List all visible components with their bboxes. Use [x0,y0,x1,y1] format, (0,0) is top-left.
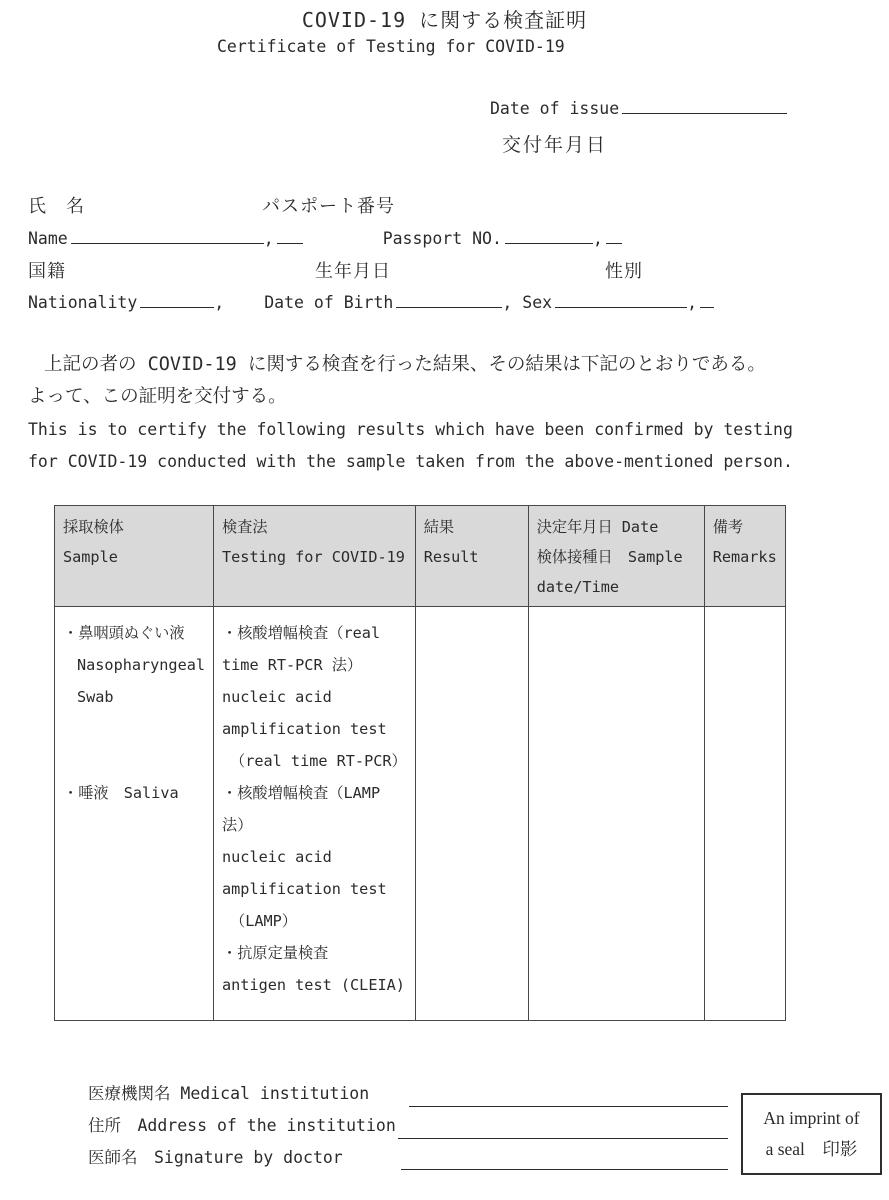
header-line: 検査法 [222,512,407,542]
date-of-issue-row: Date of issue [490,97,787,118]
comma: , [502,293,512,312]
sex-label-en: Sex [522,293,552,312]
nationality-birth-sex-entry-row: Nationality,Date of Birth,Sex, [28,291,714,312]
name-blank-line-2 [277,227,303,244]
medical-institution-blank-line [409,1106,728,1107]
header-line: 結果 [424,512,520,542]
table-header-row: 採取検体 Sample 検査法 Testing for COVID-19 結果 … [55,506,786,607]
passport-label-ja: パスポート番号 [262,192,395,218]
header-line: date/Time [537,572,696,602]
cell-sample: ・鼻咽頭ぬぐい液 Nasopharyngeal Swab ・唾液 Saliva [55,607,214,1021]
name-label-en: Name [28,229,68,248]
certificate-title-en: Certificate of Testing for COVID-19 [217,37,565,56]
table-cell-line: （real time RT-PCR） [222,745,407,777]
header-cell-method: 検査法 Testing for COVID-19 [214,506,416,607]
birth-label-ja: 生年月日 [315,257,391,283]
cell-remarks [704,607,785,1021]
table-cell-line [63,745,205,777]
comma: , [264,229,274,248]
header-cell-result: 結果 Result [415,506,528,607]
sex-blank-line [555,291,687,308]
medical-institution-label: 医療機関名 Medical institution [88,1080,369,1112]
table-cell-line: nucleic acid [222,681,407,713]
header-line: 決定年月日 Date [537,512,696,542]
comma: , [687,293,697,312]
cell-date [528,607,704,1021]
table-cell-line: amplification test [222,713,407,745]
certificate-page: COVID-19 に関する検査証明 Certificate of Testing… [0,0,889,1200]
table-cell-line: ・抗原定量検査 [222,937,407,969]
name-label-ja: 氏 名 [28,192,85,218]
header-line: Result [424,542,520,572]
comma: , [593,229,603,248]
date-of-issue-label: Date of issue [490,99,619,118]
table-cell-line: 法） [222,809,407,841]
nationality-label-ja: 国籍 [28,257,66,283]
nationality-blank-line [140,291,214,308]
header-line: Testing for COVID-19 [222,542,407,572]
doctor-signature-label: 医師名 Signature by doctor [88,1144,343,1176]
address-blank-line [398,1138,728,1139]
medical-institution-row: 医療機関名 Medical institution [88,1080,728,1112]
certificate-title-ja: COVID-19 に関する検査証明 [0,4,889,33]
passport-label-en: Passport NO. [383,229,502,248]
seal-text-line2: a seal 印影 [766,1134,858,1165]
certification-statement: 上記の者の COVID-19 に関する検査を行った結果、その結果は下記のとおりで… [28,349,793,479]
comma: , [214,293,224,312]
statement-ja-line1: 上記の者の COVID-19 に関する検査を行った結果、その結果は下記のとおりで… [28,349,793,381]
nationality-label-en: Nationality [28,293,137,312]
table-cell-line [63,713,205,745]
table-cell-line: （LAMP） [222,905,407,937]
address-label: 住所 Address of the institution [88,1112,396,1144]
statement-en-line1: This is to certify the following results… [28,414,793,446]
cell-result [415,607,528,1021]
table-body-row: ・鼻咽頭ぬぐい液 Nasopharyngeal Swab ・唾液 Saliva … [55,607,786,1021]
statement-en-line2: for COVID-19 conducted with the sample t… [28,446,793,478]
test-results-table: 採取検体 Sample 検査法 Testing for COVID-19 結果 … [54,505,786,1021]
sex-blank-line-2 [700,291,714,308]
signature-block: 医療機関名 Medical institution 住所 Address of … [88,1080,728,1175]
birth-label-en: Date of Birth [264,293,393,312]
table-cell-line: ・唾液 Saliva [63,777,205,809]
table-cell-line: antigen test (CLEIA) [222,969,407,1001]
doctor-signature-row: 医師名 Signature by doctor [88,1144,728,1176]
passport-blank-line [505,227,593,244]
table-cell-line: Nasopharyngeal [63,649,205,681]
header-line: 採取検体 [63,512,205,542]
table-cell-line: time RT-PCR 法） [222,649,407,681]
seal-text-line1: An imprint of [763,1103,859,1134]
header-line: 備考 [713,512,777,542]
doctor-signature-blank-line [401,1169,728,1170]
sex-label-ja: 性別 [605,257,643,283]
cell-method: ・核酸増幅検査（real time RT-PCR 法） nucleic acid… [214,607,416,1021]
address-row: 住所 Address of the institution [88,1112,728,1144]
date-of-issue-label-ja: 交付年月日 [502,130,607,157]
header-line: Remarks [713,542,777,572]
header-line: 検体接種日 Sample [537,542,696,572]
table-cell-line: Swab [63,681,205,713]
header-cell-sample: 採取検体 Sample [55,506,214,607]
birth-blank-line [396,291,502,308]
seal-box: An imprint of a seal 印影 [741,1093,882,1175]
table-cell-line: amplification test [222,873,407,905]
statement-ja-line2: よって、この証明を交付する。 [28,381,793,413]
table-cell-line: ・核酸増幅検査（real [222,617,407,649]
table-cell-line: ・核酸増幅検査（LAMP [222,777,407,809]
passport-blank-line-2 [606,227,622,244]
header-line: Sample [63,542,205,572]
name-blank-line [71,227,264,244]
table-cell-line: ・鼻咽頭ぬぐい液 [63,617,205,649]
date-of-issue-blank-line [622,97,787,114]
name-passport-entry-row: Name,Passport NO., [28,227,622,248]
header-cell-date: 決定年月日 Date 検体接種日 Sample date/Time [528,506,704,607]
table-cell-line: nucleic acid [222,841,407,873]
header-cell-remarks: 備考 Remarks [704,506,785,607]
